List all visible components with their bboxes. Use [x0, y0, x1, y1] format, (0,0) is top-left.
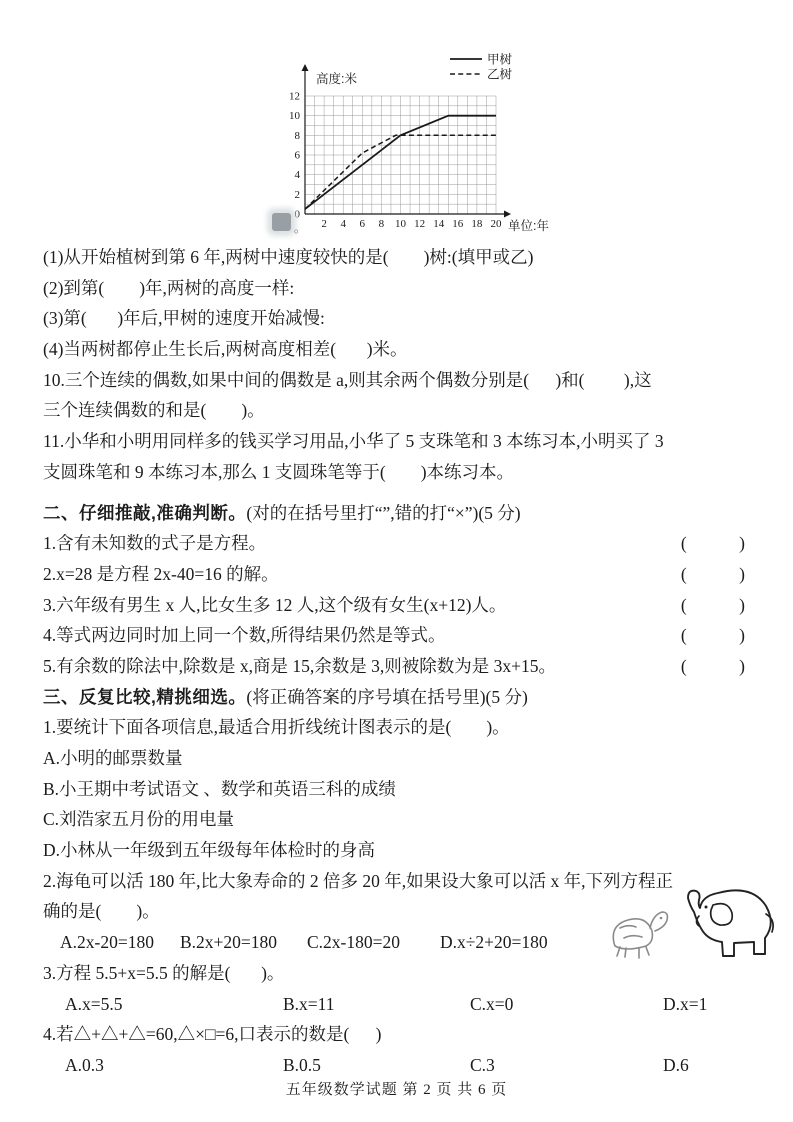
option-d: D.x=1 — [663, 989, 753, 1020]
section3-title: 三、反复比较,精挑细选。 — [43, 687, 246, 707]
choice-q1-option-a: A.小明的邮票数量 — [43, 743, 753, 774]
y-tick-label: 8 — [295, 130, 301, 142]
judgment-item-1: 1.含有未知数的式子是方程。( ) — [43, 528, 753, 559]
y-tick-label: 2 — [295, 189, 301, 201]
x-tick-label: 10 — [395, 218, 407, 230]
y-tick-label: 4 — [295, 169, 301, 181]
x-axis-arrow-icon — [504, 211, 511, 218]
answer-parens: ( ) — [681, 528, 745, 559]
option-d: D.6 — [663, 1050, 753, 1081]
answer-parens: ( ) — [681, 559, 745, 590]
judgment-text: 5.有余数的除法中,除数是 x,商是 15,余数是 3,则被除数为是 3x+15… — [43, 651, 556, 682]
judgment-text: 3.六年级有男生 x 人,比女生多 12 人,这个级有女生(x+12)人。 — [43, 590, 506, 621]
turtle-drawing — [613, 912, 667, 958]
q10-line2: 三个连续偶数的和是( )。 — [43, 395, 753, 426]
x-tick-label: 2 — [321, 218, 327, 230]
option-a: A.0.3 — [65, 1050, 283, 1081]
y-axis-arrow-icon — [302, 64, 309, 71]
x-axis-title: 单位:年 — [508, 218, 549, 233]
judgment-item-4: 4.等式两边同时加上同一个数,所得结果仍然是等式。( ) — [43, 620, 753, 651]
q9-part4: (4)当两树都停止生长后,两树高度相差( )米。 — [43, 334, 753, 365]
option-b: B.x=11 — [283, 989, 470, 1020]
option-c: C.2x-180=20 — [307, 927, 440, 958]
judgment-text: 4.等式两边同时加上同一个数,所得结果仍然是等式。 — [43, 620, 446, 651]
x-tick-label: 12 — [414, 218, 425, 230]
x-tick-label: 6 — [360, 218, 366, 230]
scan-artifact-square — [272, 213, 291, 231]
turtle-elephant-illustration — [606, 880, 778, 964]
judgment-item-2: 2.x=28 是方程 2x-40=16 的解。( ) — [43, 559, 753, 590]
option-a: A.2x-20=180 — [60, 927, 180, 958]
y-tick-label: 6 — [295, 150, 301, 162]
q9-part1: (1)从开始植树到第 6 年,两树中速度较快的是( )树:(填甲或乙) — [43, 242, 753, 273]
section3-instructions: (将正确答案的序号填在括号里)(5 分) — [246, 687, 527, 707]
y-tick-label: 12 — [289, 91, 300, 103]
option-a: A.x=5.5 — [65, 989, 283, 1020]
answer-parens: ( ) — [681, 620, 745, 651]
x-tick-label: 16 — [452, 218, 464, 230]
option-b: B.2x+20=180 — [180, 927, 307, 958]
choice-q4-options: A.0.3B.0.5C.3D.6 — [43, 1050, 753, 1081]
scan-artifact-dot: 。 — [294, 219, 306, 236]
judgment-text: 2.x=28 是方程 2x-40=16 的解。 — [43, 559, 279, 590]
legend-label: 甲树 — [487, 52, 513, 67]
q9-part3: (3)第( )年后,甲树的速度开始减慢: — [43, 303, 753, 334]
section3-header: 三、反复比较,精挑细选。(将正确答案的序号填在括号里)(5 分) — [43, 682, 753, 713]
y-axis-title: 高度:米 — [316, 71, 357, 86]
judgment-item-5: 5.有余数的除法中,除数是 x,商是 15,余数是 3,则被除数为是 3x+15… — [43, 651, 753, 682]
elephant-drawing — [688, 890, 773, 956]
legend-label: 乙树 — [487, 67, 513, 82]
q11-line1: 11.小华和小明用同样多的钱买学习用品,小华了 5 支珠笔和 3 本练习本,小明… — [43, 426, 753, 457]
choice-q1-option-c: C.刘浩家五月份的用电量 — [43, 804, 753, 835]
option-b: B.0.5 — [283, 1050, 470, 1081]
option-c: C.3 — [470, 1050, 663, 1081]
page-footer: 五年级数学试题 第 2 页 共 6 页 — [0, 1078, 793, 1099]
x-tick-label: 20 — [491, 218, 503, 230]
option-c: C.x=0 — [470, 989, 663, 1020]
x-tick-label: 8 — [379, 218, 385, 230]
judgment-text: 1.含有未知数的式子是方程。 — [43, 528, 266, 559]
section2-header: 二、仔细推敲,准确判断。(对的在括号里打“”,错的打“×”)(5 分) — [43, 498, 753, 529]
q9-part2: (2)到第( )年,两树的高度一样: — [43, 273, 753, 304]
q11-line2: 支圆珠笔和 9 本练习本,那么 1 支圆珠笔等于( )本练习本。 — [43, 457, 753, 488]
x-tick-label: 4 — [340, 218, 346, 230]
choice-q1-option-b: B.小王期中考试语文 、数学和英语三科的成绩 — [43, 774, 753, 805]
choice-q4-stem: 4.若△+△+△=60,△×□=6,口表示的数是( ) — [43, 1019, 753, 1050]
answer-parens: ( ) — [681, 590, 745, 621]
test-paper-page: 0246810122468101214161820高度:米单位:年甲树乙树 。 … — [0, 0, 793, 1122]
q10-line1: 10.三个连续的偶数,如果中间的偶数是 a,则其余两个偶数分别是( )和( ),… — [43, 365, 753, 396]
section2-instructions: (对的在括号里打“”,错的打“×”)(5 分) — [246, 503, 520, 523]
section2-title: 二、仔细推敲,准确判断。 — [43, 503, 246, 523]
x-tick-label: 18 — [471, 218, 483, 230]
choice-q1-option-d: D.小林从一年级到五年级每年体检时的身高 — [43, 835, 753, 866]
judgment-item-3: 3.六年级有男生 x 人,比女生多 12 人,这个级有女生(x+12)人。( ) — [43, 590, 753, 621]
answer-parens: ( ) — [681, 651, 745, 682]
x-tick-label: 14 — [433, 218, 445, 230]
choice-q3-options: A.x=5.5B.x=11C.x=0D.x=1 — [43, 989, 753, 1020]
tree-growth-line-chart: 0246810122468101214161820高度:米单位:年甲树乙树 — [278, 50, 578, 240]
y-tick-label: 10 — [289, 110, 301, 122]
choice-q1-stem: 1.要统计下面各项信息,最适合用折线统计图表示的是( )。 — [43, 712, 753, 743]
